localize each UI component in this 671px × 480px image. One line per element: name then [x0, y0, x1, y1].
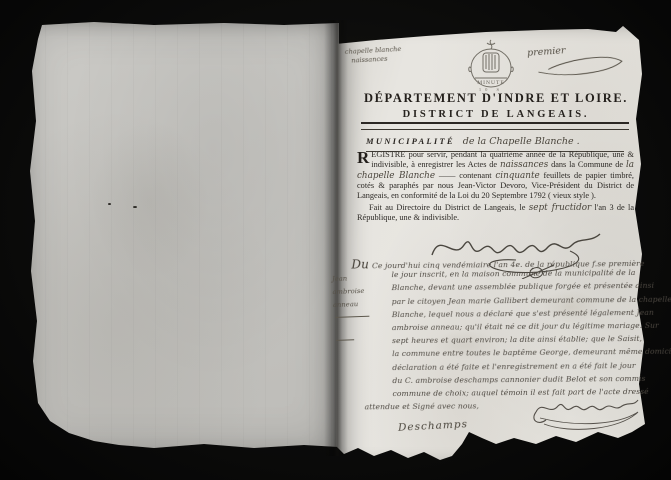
- register-insert-acte-type: naissances: [500, 160, 548, 170]
- scanned-register-spread: chapelle blanche naissances MINUTE 10 S …: [0, 0, 671, 480]
- stamp-banner-text: MINUTE: [477, 80, 504, 86]
- fiscal-stamp-icon: MINUTE 10 S: [466, 38, 516, 96]
- paper-speck: [108, 203, 111, 205]
- municipality-value-handwritten: de la Chapelle Blanche .: [463, 136, 580, 147]
- department-title: DÉPARTEMENT D'INDRE ET LOIRE.: [350, 91, 642, 106]
- double-rule: [361, 122, 629, 130]
- left-page-blank: [24, 21, 339, 451]
- fait-insert-date: sept fructidor: [529, 203, 591, 213]
- margin-name-line: anneau: [333, 297, 389, 312]
- book-gutter: [324, 20, 348, 456]
- register-paragraph: REGISTRE pour servir, pendant la quatriè…: [357, 150, 634, 201]
- municipality-line: MUNICIPALITÉ de la Chapelle Blanche .: [366, 131, 624, 152]
- act-margin-notes: Jean ambroise anneau: [332, 271, 390, 341]
- signature-registrar-flourish: [528, 390, 646, 432]
- paper-speck: [133, 206, 137, 208]
- register-print-3: —— contenant: [435, 171, 495, 180]
- register-dropcap: R: [357, 151, 369, 164]
- act-opening-word: Du: [351, 257, 369, 271]
- margin-dash: [335, 316, 369, 318]
- fait-print-1: Fait au Directoire du District de Langea…: [369, 203, 529, 212]
- district-title: DISTRICT DE LANGEAIS.: [350, 109, 642, 120]
- register-insert-feuillets: cinquante: [495, 171, 539, 181]
- register-print-2: dans la Commune de: [548, 160, 626, 169]
- municipality-label: MUNICIPALITÉ: [366, 136, 455, 146]
